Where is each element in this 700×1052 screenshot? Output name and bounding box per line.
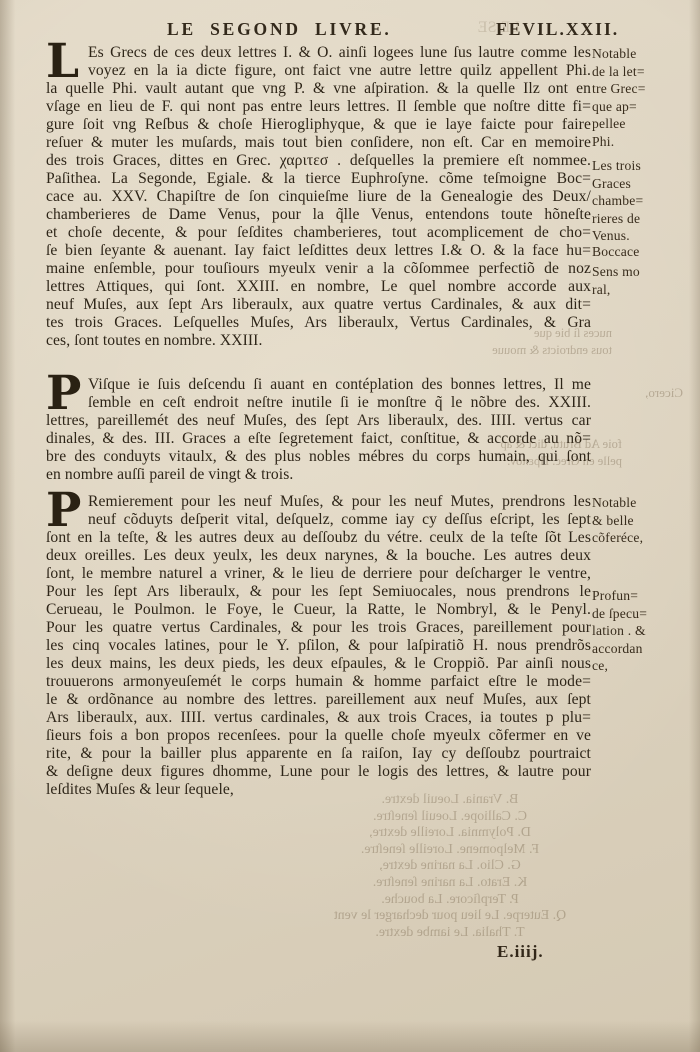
margin-note: Boccace [592,243,696,261]
text-line: la quelle Phi. vault autant que vng P. &… [46,80,591,98]
text-line: Pour les quatre vertus Cardinales, & pou… [46,619,591,637]
margin-note-line: Les trois [592,157,696,175]
drop-cap-initial: P [46,494,86,528]
text-line: vſage en lieu de F. qui nont pas entre l… [46,98,591,116]
text-line: voyez en la ia dicte figure, ont faict v… [46,62,591,80]
margin-note-line: de la let= [592,63,696,81]
text-line: et choſe decente, & pour ſeſdites chambe… [46,224,591,242]
bleedthrough-line: C. Calliope. Loeuil ſeneſtre. [285,808,615,825]
text-line: leſdites Muſes & leur ſequele, [46,781,591,799]
text-line: Cerueau, le Poulmon. le Foye, le Cueur, … [46,601,591,619]
main-text-block: LEs Grecs de ces deux lettres I. & O. ai… [46,44,591,799]
margin-note-line: Boccace [592,243,696,261]
margin-note-line: Phi. [592,133,696,151]
text-line: Paſithea. La Segonde, Egiale. & la tierc… [46,170,591,188]
text-line: tes trois Graces. Leſquelles Muſes, Ars … [46,314,591,332]
margin-note-line: Profun= [592,587,696,605]
text-line: & deſigne deux figures dhomme, Lune pour… [46,763,591,781]
paragraph-3: PRemierement pour les neuf Muſes, & pour… [46,493,591,799]
text-line: Es Grecs de ces deux lettres I. & O. ain… [46,44,591,62]
bleedthrough-line: Q. Euterpe. Le lieu pour decharger le ve… [285,907,615,924]
margin-note-line: tre Grec= [592,80,696,98]
bleedthrough-text: B. Vrania. Loeuil dextre.C. Calliope. Lo… [285,791,615,940]
text-line: le & ordõnance au nombre des lettres. pa… [46,691,591,709]
margin-note-line: de ſpecu= [592,605,696,623]
text-line: gure ſoit vng Reſbus & choſe Hierogliphy… [46,116,591,134]
text-line: ces, ſont toutes en nombre. XXIII. [46,332,591,350]
text-line: chamberieres de Dame Venus, pour la q̃ll… [46,206,591,224]
bleedthrough-line: P. Terpſicore. La bouche. [285,891,615,908]
margin-note-line: ral, [592,281,696,299]
book-page: LE SEGOND LIVRE. FEVIL.XXII. LEs Grecs d… [0,0,700,1052]
text-line: Pour les ſept Ars liberaulx, & pour les … [46,583,591,601]
text-line: deux oreilles. Les deux yeulx, les deux … [46,547,591,565]
text-line: ſont en la teſte, & les autres deux au d… [46,529,591,547]
text-line: ſont, le membre naturel a vriner, & le l… [46,565,591,583]
margin-note: Les troisGraceschambe=rieres deVenus. [592,157,696,245]
bleedthrough-line: D. Polymnia. Loreille dextre, [285,824,615,841]
text-line: dinales, & des. III. Graces a eſte ſegre… [46,430,591,448]
margin-note: Notable& bellecõferéce, [592,494,696,547]
text-line: trouuerons armonyeuſemét le corps humain… [46,673,591,691]
margin-note-line: Graces [592,175,696,193]
margin-note-line: accordan [592,640,696,658]
margin-note-line: cõferéce, [592,529,696,547]
text-line: lettres Attiques, qui ſont. XXIII. en no… [46,278,591,296]
text-line: des trois Graces, dittes en Grec. χαριτε… [46,152,591,170]
paragraph-1: LEs Grecs de ces deux lettres I. & O. ai… [46,44,591,350]
gathering-signature: E.iiij. [497,942,544,962]
drop-cap-initial: L [46,45,86,79]
text-line: Remierement pour les neuf Muſes, & pour … [46,493,591,511]
text-line: les deux mains, les deux pieds, les deux… [46,655,591,673]
margin-note: Sens moral, [592,263,696,298]
margin-note: Notablede la let=tre Grec=que ap=pelleeP… [592,45,696,151]
text-line: Viſque ie ſuis deſcendu ſi auant en cont… [46,376,591,394]
folio-number: FEVIL.XXII. [496,19,619,41]
margin-note-line: lation . & [592,622,696,640]
margin-note: Profun=de ſpecu=lation . &accordance, [592,587,696,675]
bleedthrough-line: G. Clio. La narine dextre, [285,857,615,874]
margin-note-line: Notable [592,494,696,512]
running-title: LE SEGOND LIVRE. [167,19,392,41]
bleedthrough-text: Cicero, [598,385,683,402]
margin-note-line: ce, [592,657,696,675]
text-line: neuf cõduyts deſperit vital, deſquelz, c… [46,511,591,529]
text-line: lettres, pareillemét des neuf Muſes, des… [46,412,591,430]
text-line: en nombre auſſi pareil de vingt & trois. [46,466,591,484]
text-line: ſe bien ſeyante & auenant. Iay faict leſ… [46,242,591,260]
text-line: bre des conduyts vitaulx, & des plus nob… [46,448,591,466]
text-line: rite, & pour la bailler plus apparente e… [46,745,591,763]
margin-note-line: pellee [592,115,696,133]
text-line: reſuer & muter les muſards, mais tout bi… [46,134,591,152]
text-line: ſieurs fois a bon propos recenſees. pour… [46,727,591,745]
margin-note-line: que ap= [592,98,696,116]
text-line: ſemble en ceſt endroit neſtre inutile ſi… [46,394,591,412]
margin-note-line: rieres de [592,210,696,228]
margin-note-line: chambe= [592,192,696,210]
drop-cap-initial: P [46,377,86,411]
text-line: cace au. XXV. Chapiſtre de ſon cinquieſm… [46,188,591,206]
text-line: Ars liberaulx, aux. IIII. vertus cardina… [46,709,591,727]
bleedthrough-line: F. Melpomene. Loreille ſeneſtre. [285,841,615,858]
text-line: les cinq vocales latines, pour le Y. pſi… [46,637,591,655]
text-line: maine enſemble, pour touſiours myeulx ve… [46,260,591,278]
bleedthrough-line: K. Erato. La narine ſeneſtre. [285,874,615,891]
paragraph-2: PViſque ie ſuis deſcendu ſi auant en con… [46,376,591,484]
margin-note-line: & belle [592,512,696,530]
bleedthrough-line: T. Thalia. Le iambe dextre. [285,924,615,941]
bleedthrough-line: Cicero, [598,385,683,402]
text-line: neuf Muſes, aux ſept Ars liberaulx, aux … [46,296,591,314]
margin-note-line: Sens mo [592,263,696,281]
margin-note-line: Notable [592,45,696,63]
